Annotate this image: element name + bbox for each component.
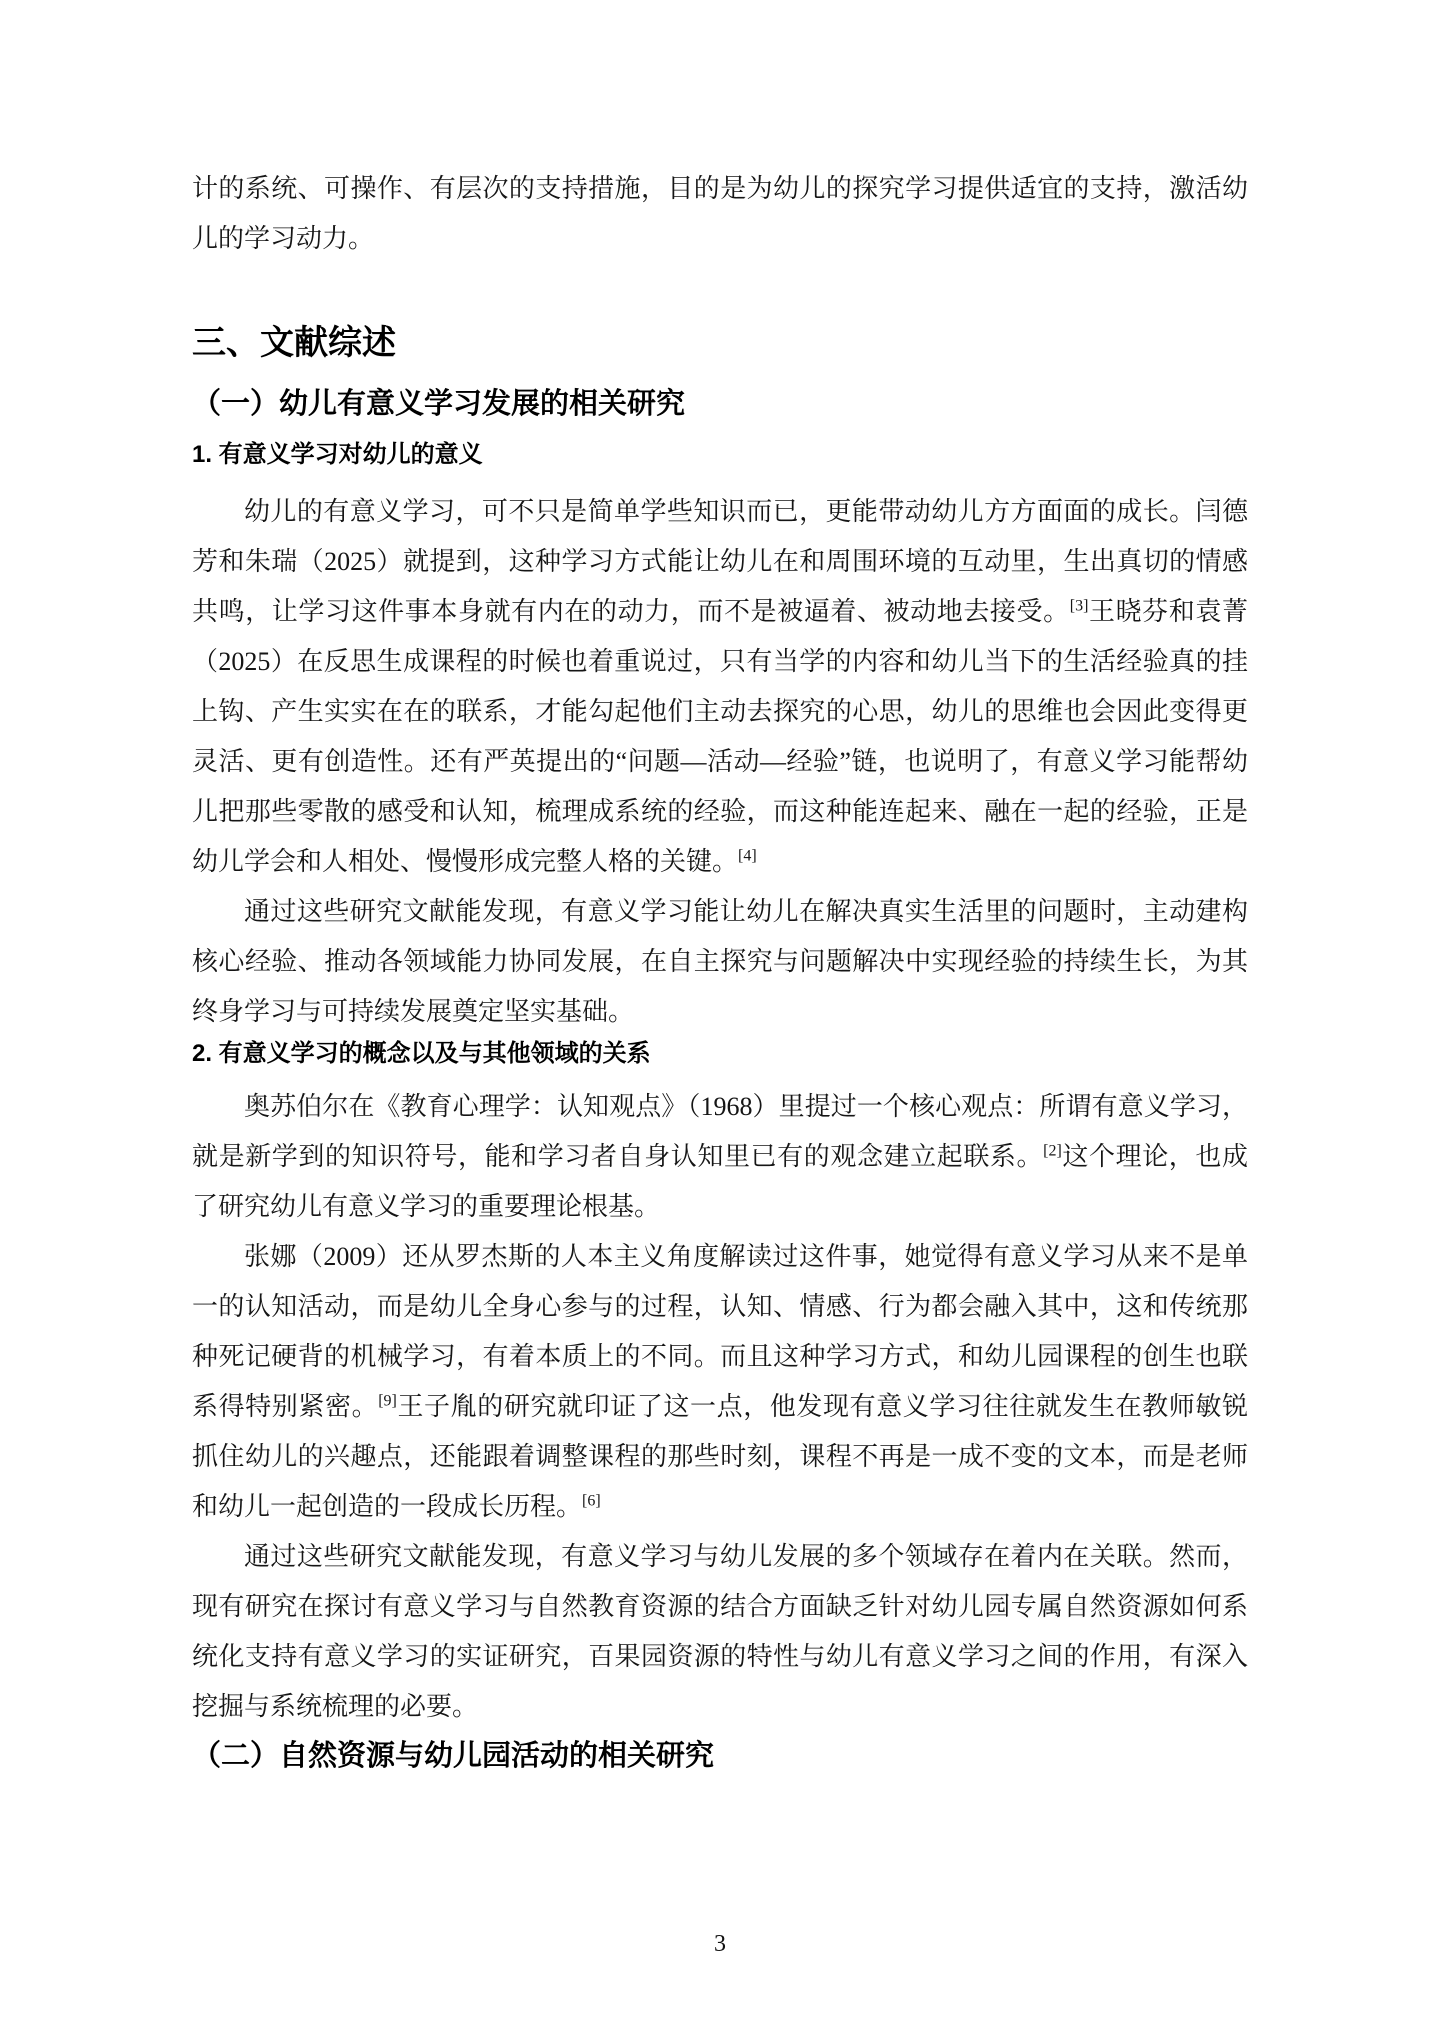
citation-marker: [9] — [378, 1392, 397, 1409]
page-number: 3 — [0, 1930, 1440, 1958]
heading-section-2: （二）自然资源与幼儿园活动的相关研究 — [192, 1736, 1248, 1776]
body-paragraph: 张娜（2009）还从罗杰斯的人本主义角度解读过这件事，她觉得有意义学习从来不是单… — [192, 1232, 1248, 1532]
heading-literature-review: 三、文献综述 — [192, 321, 1248, 365]
body-paragraph: 通过这些研究文献能发现，有意义学习与幼儿发展的多个领域存在着内在关联。然而，现有… — [192, 1532, 1248, 1732]
body-paragraph: 通过这些研究文献能发现，有意义学习能让幼儿在解决真实生活里的问题时，主动建构核心… — [192, 887, 1248, 1037]
document-page: 计的系统、可操作、有层次的支持措施，目的是为幼儿的探究学习提供适宜的支持，激活幼… — [0, 0, 1440, 2036]
citation-marker: [4] — [738, 847, 757, 864]
heading-subsection-1-2: 2. 有意义学习的概念以及与其他领域的关系 — [192, 1037, 1248, 1071]
body-paragraph: 奥苏伯尔在《教育心理学：认知观点》（1968）里提过一个核心观点：所谓有意义学习… — [192, 1082, 1248, 1232]
paragraph-continuation: 计的系统、可操作、有层次的支持措施，目的是为幼儿的探究学习提供适宜的支持，激活幼… — [192, 164, 1248, 264]
heading-subsection-1-1: 1. 有意义学习对幼儿的意义 — [192, 438, 1248, 472]
citation-marker: [2] — [1043, 1142, 1062, 1159]
citation-marker: [3] — [1070, 597, 1089, 614]
body-paragraph: 幼儿的有意义学习，可不只是简单学些知识而已，更能带动幼儿方方面面的成长。闫德芳和… — [192, 487, 1248, 887]
heading-section-1: （一）幼儿有意义学习发展的相关研究 — [192, 384, 1248, 424]
citation-marker: [6] — [582, 1492, 601, 1509]
text-run: 王晓芬和袁菁（2025）在反思生成课程的时候也着重说过，只有当学的内容和幼儿当下… — [192, 597, 1248, 876]
